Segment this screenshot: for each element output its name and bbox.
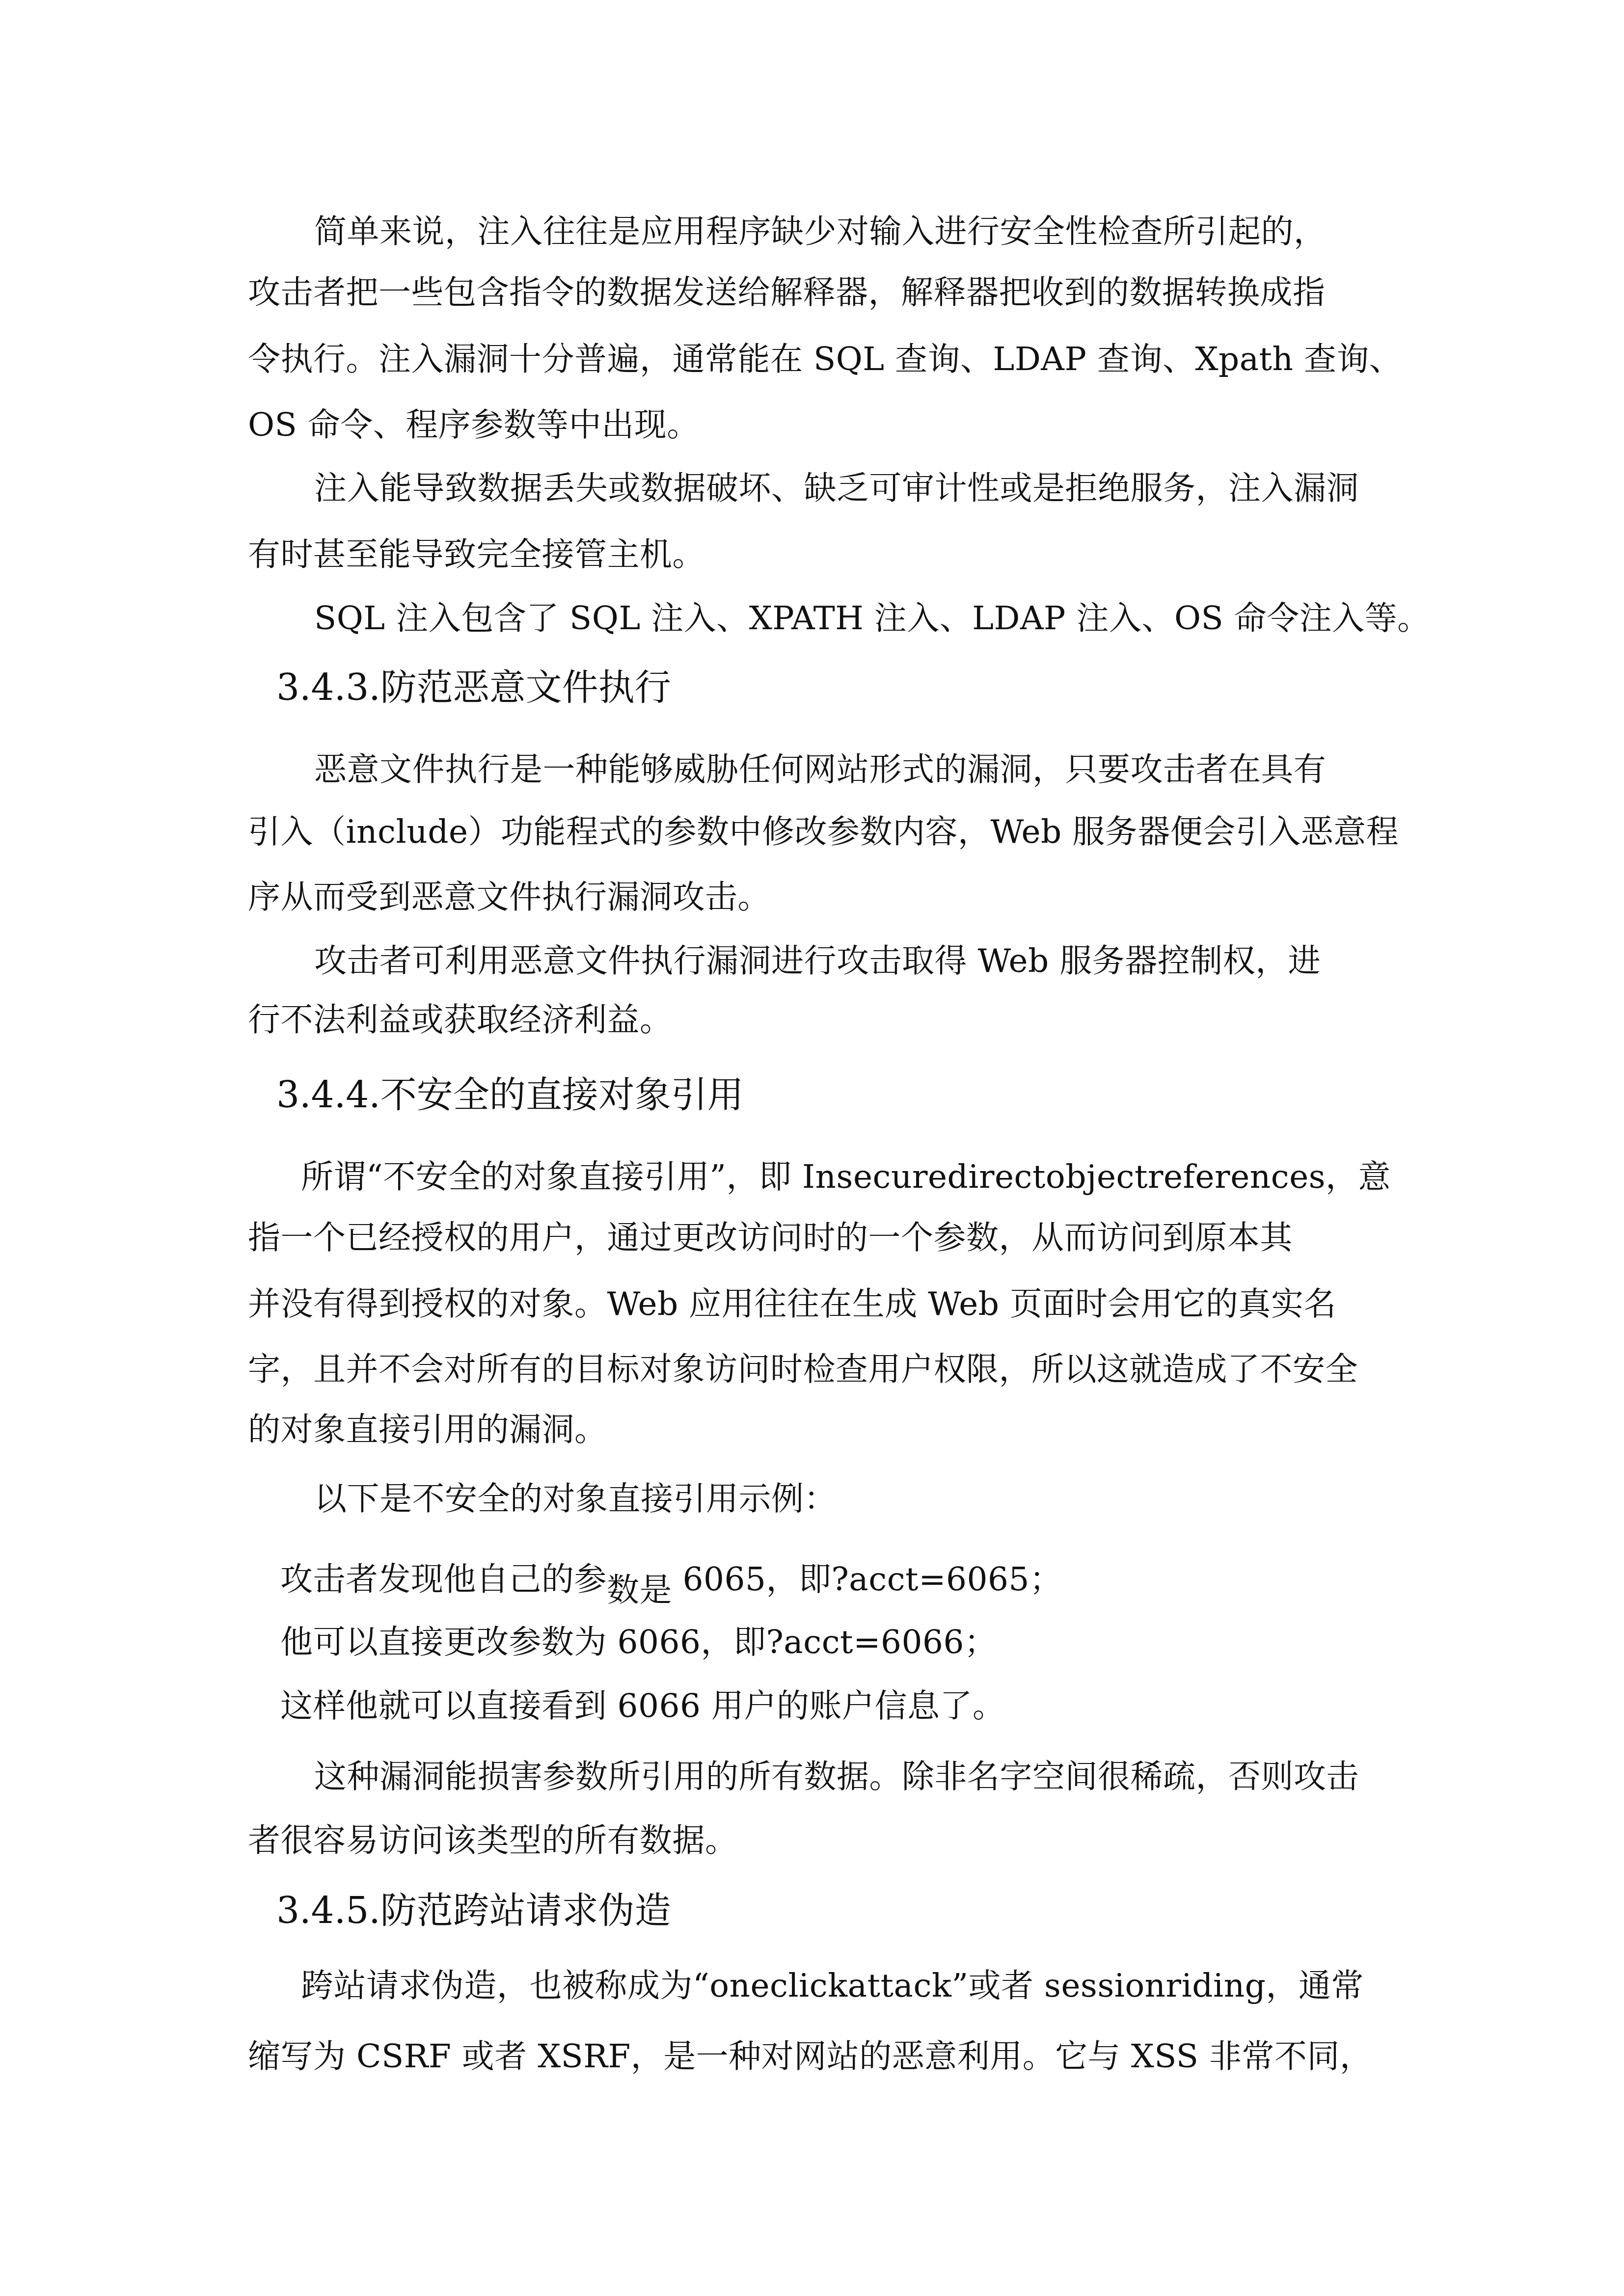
paragraph-line: 的对象直接引用的漏洞。 (248, 1410, 607, 1449)
paragraph-line: 引入（include）功能程式的参数中修改参数内容，Web 服务器便会引入恶意程 (248, 812, 1399, 852)
paragraph-line: 跨站请求伪造，也被称成为“oneclickattack”或者 sessionri… (301, 1966, 1364, 2005)
section-heading-3-4-4: 3.4.4.不安全的直接对象引用 (276, 1073, 744, 1117)
example-text: 攻击者发现他自己的参 (280, 1560, 607, 1598)
example-line-2: 他可以直接更改参数为 6066，即?acct=6066； (280, 1623, 997, 1662)
paragraph-line: 指一个已经授权的用户，通过更改访问时的一个参数，从而访问到原本其 (248, 1218, 1293, 1257)
example-line-3: 这样他就可以直接看到 6066 用户的账户信息了。 (280, 1686, 1005, 1726)
paragraph-line: 所谓“不安全的对象直接引用”，即 Insecuredirectobjectref… (301, 1157, 1391, 1197)
paragraph-line: 者很容易访问该类型的所有数据。 (248, 1821, 738, 1860)
paragraph-line: 注入能导致数据丢失或数据破坏、缺乏可审计性或是拒绝服务，注入漏洞 (314, 469, 1359, 508)
paragraph-line: 缩写为 CSRF 或者 XSRF，是一种对网站的恶意利用。它与 XSS 非常不同… (248, 2037, 1373, 2076)
paragraph-line: 这种漏洞能损害参数所引用的所有数据。除非名字空间很稀疏，否则攻击 (314, 1757, 1359, 1796)
example-line-1: 攻击者发现他自己的参数是 6065，即?acct=6065； (280, 1560, 1062, 1599)
document-page: 简单来说，注入往往是应用程序缺少对输入进行安全性检查所引起的， 攻击者把一些包含… (0, 0, 1624, 2296)
section-heading-3-4-5: 3.4.5.防范跨站请求伪造 (276, 1889, 671, 1933)
paragraph-line: 并没有得到授权的对象。Web 应用往往在生成 Web 页面时会用它的真实名 (248, 1284, 1336, 1324)
paragraph-line: 字，且并不会对所有的目标对象访问时检查用户权限，所以这就造成了不安全 (248, 1350, 1358, 1389)
paragraph-line: 以下是不安全的对象直接引用示例： (314, 1479, 837, 1519)
paragraph-line: 攻击者可利用恶意文件执行漏洞进行攻击取得 Web 服务器控制权，进 (314, 941, 1321, 981)
example-text: 6065，即?acct=6065； (672, 1560, 1062, 1598)
paragraph-line: OS 命令、程序参数等中出现。 (248, 405, 700, 445)
paragraph-line: 行不法利益或获取经济利益。 (248, 1000, 673, 1040)
paragraph-line: 序从而受到恶意文件执行漏洞攻击。 (248, 878, 770, 917)
paragraph-line: 恶意文件执行是一种能够威胁任何网站形式的漏洞，只要攻击者在具有 (314, 750, 1326, 789)
section-heading-3-4-3: 3.4.3.防范恶意文件执行 (276, 666, 671, 710)
paragraph-line: 有时甚至能导致完全接管主机。 (248, 535, 705, 574)
paragraph-line: SQL 注入包含了 SQL 注入、XPATH 注入、LDAP 注入、OS 命令注… (314, 599, 1430, 638)
paragraph-line: 攻击者把一些包含指令的数据发送给解释器，解释器把收到的数据转换成指 (248, 273, 1326, 312)
paragraph-line: 简单来说，注入往往是应用程序缺少对输入进行安全性检查所引起的， (314, 212, 1326, 251)
paragraph-line: 令执行。注入漏洞十分普遍，通常能在 SQL 查询、LDAP 查询、Xpath 查… (248, 340, 1402, 379)
example-text-lowered: 数是 (607, 1571, 672, 1609)
